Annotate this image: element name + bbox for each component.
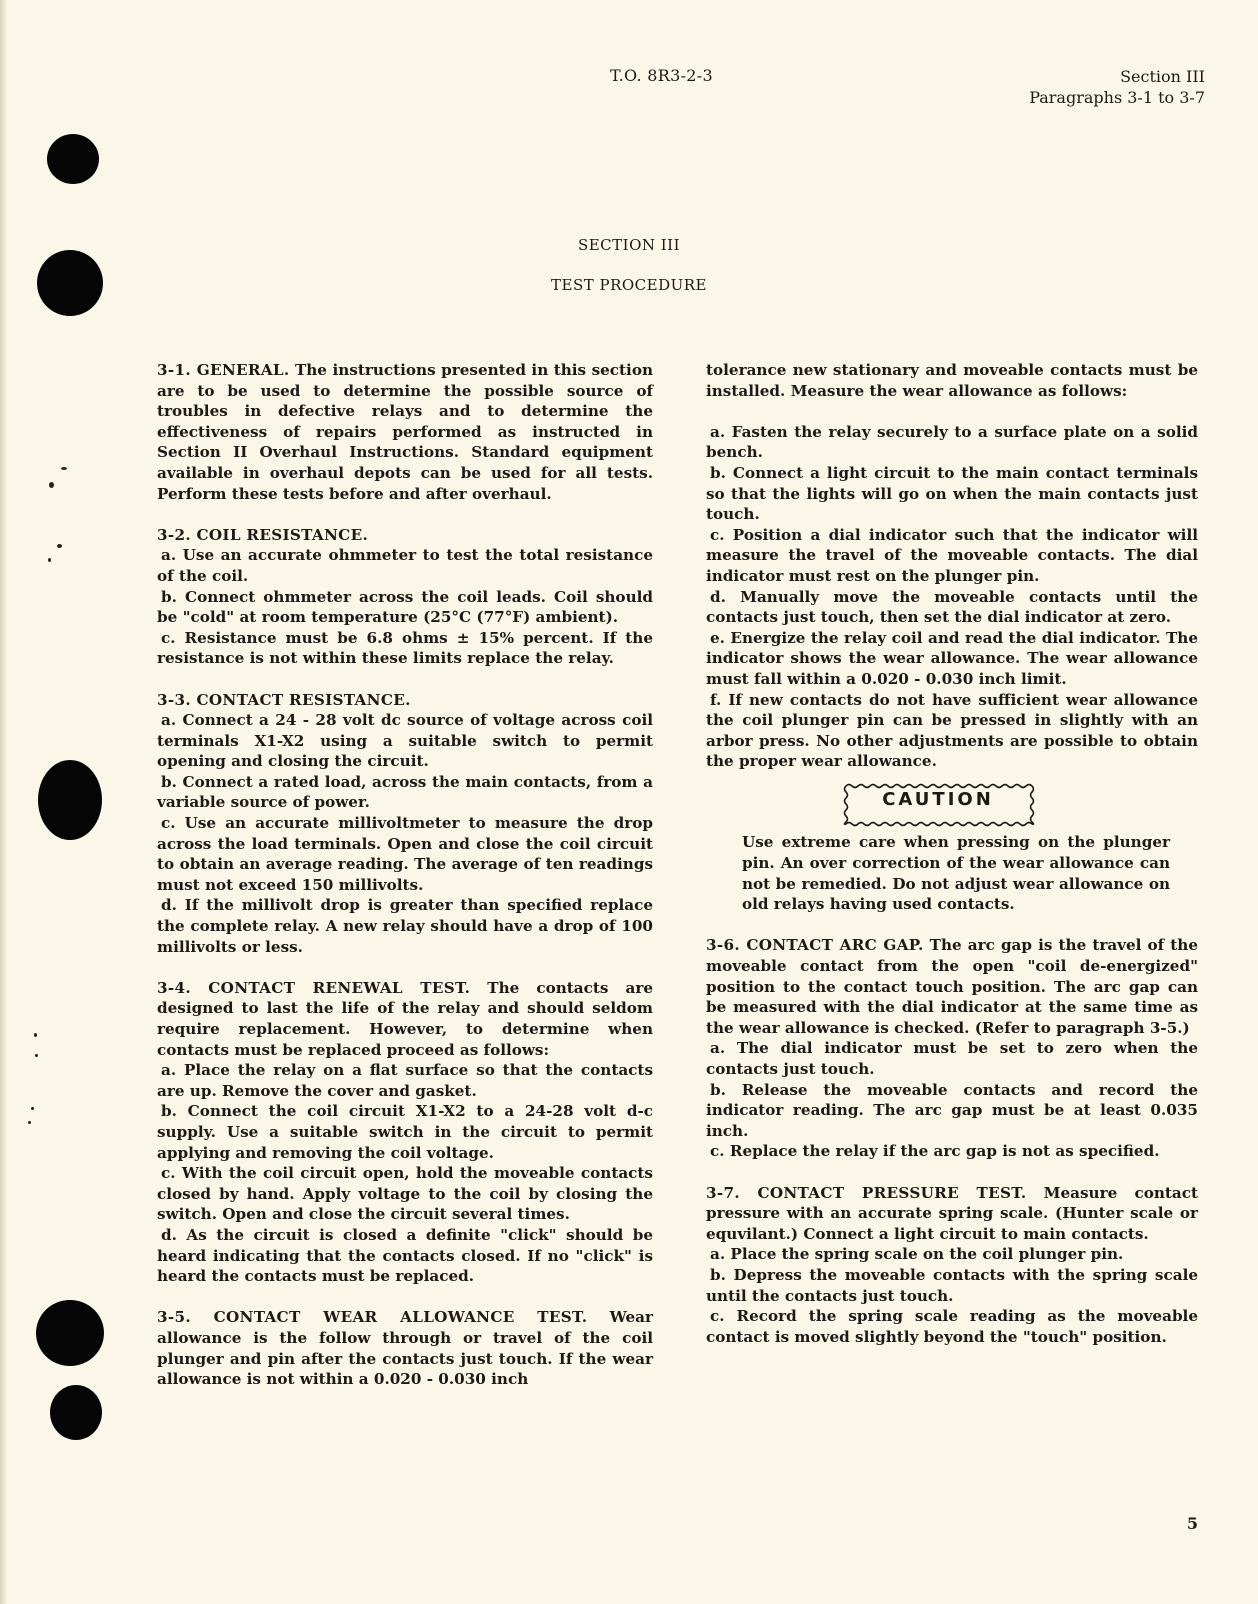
paragraph-3-4: 3-4. CONTACT RENEWAL TEST. The contacts … [157, 978, 653, 1287]
step-item: a. Fasten the relay securely to a surfac… [706, 422, 1198, 463]
left-column: 3-1. GENERAL. The instructions presented… [157, 360, 653, 1410]
step-item: c. Record the spring scale reading as th… [706, 1306, 1198, 1347]
step-item: c. Position a dial indicator such that t… [706, 525, 1198, 587]
step-item: e. Energize the relay coil and read the … [706, 628, 1198, 690]
step-item: b. Connect a light circuit to the main c… [706, 463, 1198, 525]
step-item: a. Place the relay on a flat surface so … [157, 1060, 653, 1101]
paragraph-3-7: 3-7. CONTACT PRESSURE TEST. Measure cont… [706, 1183, 1198, 1348]
paragraph-text: The instructions presented in this secti… [157, 361, 653, 503]
punch-hole-5 [50, 1385, 102, 1440]
step-item: c. Replace the relay if the arc gap is n… [706, 1141, 1198, 1162]
caution-text: Use extreme care when pressing on the pl… [742, 832, 1170, 914]
header-section: Section III [1029, 66, 1205, 87]
step-item: d. If the millivolt drop is greater than… [157, 895, 653, 957]
step-item: a. Connect a 24 - 28 volt dc source of v… [157, 710, 653, 772]
section-title: TEST PROCEDURE [0, 276, 1258, 294]
paragraph-intro: 3-6. CONTACT ARC GAP. The arc gap is the… [706, 935, 1198, 1038]
punch-hole-3 [38, 760, 102, 840]
caution-notice: CAUTION [706, 780, 1198, 821]
paragraph-3-1: 3-1. GENERAL. The instructions presented… [157, 360, 653, 504]
paragraph-3-3: 3-3. CONTACT RESISTANCE. a. Connect a 24… [157, 690, 653, 958]
header-paragraphs: Paragraphs 3-1 to 3-7 [1029, 87, 1205, 108]
step-item: b. Connect a rated load, across the main… [157, 772, 653, 813]
header-section-info: Section III Paragraphs 3-1 to 3-7 [1029, 66, 1205, 108]
step-item: c. With the coil circuit open, hold the … [157, 1163, 653, 1225]
speck [35, 1054, 38, 1057]
paragraph-heading: 3-3. CONTACT RESISTANCE. [157, 690, 653, 711]
speck [34, 1033, 37, 1037]
document-number: T.O. 8R3-2-3 [610, 66, 713, 85]
paragraph-heading: 3-6. CONTACT ARC GAP. [706, 936, 924, 954]
paragraph-heading: 3-4. CONTACT RENEWAL TEST. [157, 979, 470, 997]
paragraph-heading: 3-1. GENERAL. [157, 361, 289, 379]
step-item: b. Release the moveable contacts and rec… [706, 1080, 1198, 1142]
paragraph-heading: 3-5. CONTACT WEAR ALLOWANCE TEST. [157, 1308, 587, 1326]
paragraph-intro: 3-4. CONTACT RENEWAL TEST. The contacts … [157, 978, 653, 1060]
paragraph-heading: 3-7. CONTACT PRESSURE TEST. [706, 1184, 1026, 1202]
page-number: 5 [1187, 1514, 1198, 1533]
paragraph-3-6: 3-6. CONTACT ARC GAP. The arc gap is the… [706, 935, 1198, 1162]
step-item: b. Depress the moveable contacts with th… [706, 1265, 1198, 1306]
step-item: d. As the circuit is closed a definite "… [157, 1225, 653, 1287]
punch-hole-1 [47, 134, 99, 184]
step-item: a. Place the spring scale on the coil pl… [706, 1244, 1198, 1265]
caution-label: CAUTION [882, 789, 994, 810]
speck [31, 1107, 34, 1110]
step-item: a. The dial indicator must be set to zer… [706, 1038, 1198, 1079]
punch-hole-4 [36, 1300, 104, 1366]
section-number: SECTION III [0, 236, 1258, 254]
step-item: a. Use an accurate ohmmeter to test the … [157, 545, 653, 586]
right-column: tolerance new stationary and moveable co… [706, 360, 1198, 1368]
step-item: c. Use an accurate millivoltmeter to mea… [157, 813, 653, 895]
step-item: b. Connect the coil circuit X1-X2 to a 2… [157, 1101, 653, 1163]
paragraph-heading: 3-2. COIL RESISTANCE. [157, 525, 653, 546]
paragraph-3-5: 3-5. CONTACT WEAR ALLOWANCE TEST. Wear a… [157, 1307, 653, 1389]
step-item: b. Connect ohmmeter across the coil lead… [157, 587, 653, 628]
speck [28, 1121, 31, 1124]
speck [57, 544, 62, 548]
step-item: d. Manually move the moveable contacts u… [706, 587, 1198, 628]
paragraph-3-2: 3-2. COIL RESISTANCE. a. Use an accurate… [157, 525, 653, 669]
speck [61, 467, 67, 470]
step-item: f. If new contacts do not have sufficien… [706, 690, 1198, 772]
paragraph-3-5-continued: tolerance new stationary and moveable co… [706, 360, 1198, 401]
wear-allowance-steps: a. Fasten the relay securely to a surfac… [706, 422, 1198, 772]
speck [49, 482, 54, 488]
speck [48, 558, 51, 562]
paragraph-intro: 3-7. CONTACT PRESSURE TEST. Measure cont… [706, 1183, 1198, 1245]
caution-box: CAUTION [842, 780, 1034, 821]
step-item: c. Resistance must be 6.8 ohms ± 15% per… [157, 628, 653, 669]
